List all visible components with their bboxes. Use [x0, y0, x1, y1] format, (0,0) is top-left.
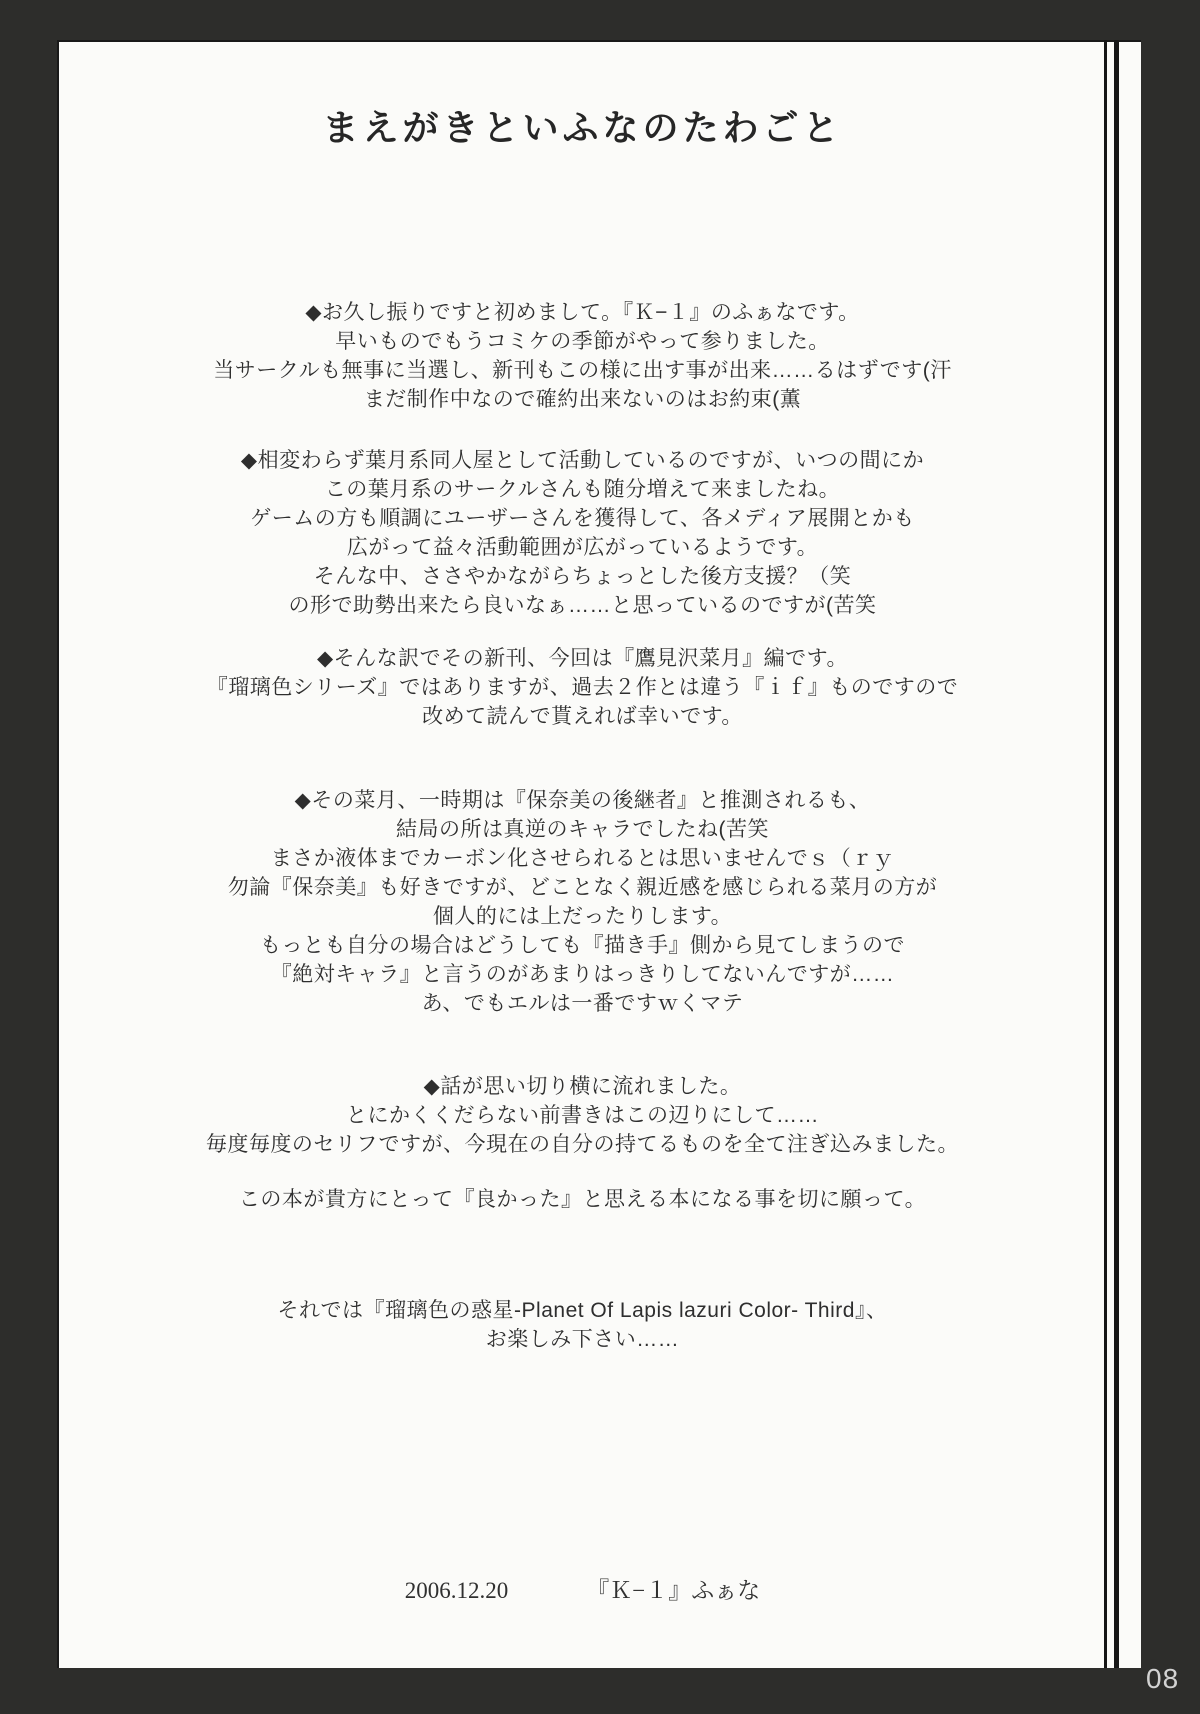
body-line: ◆相変わらず葉月系同人屋として活動しているのですが、いつの間にか [59, 446, 1106, 475]
body-line: 個人的には上だったりします。 [59, 902, 1106, 931]
paragraph-circle-activity: ◆相変わらず葉月系同人屋として活動しているのですが、いつの間にか この葉月系のサ… [59, 446, 1106, 620]
body-line: 勿論『保奈美』も好きですが、どことなく親近感を感じられる菜月の方が [59, 873, 1106, 902]
body-line: あ、でもエルは一番ですｗくマテ [59, 989, 1106, 1018]
page-edge-line [1104, 40, 1107, 1668]
circle-credit: 『Ｋ−１』ふぁな [586, 1576, 760, 1605]
body-line: ゲームの方も順調にユーザーさんを獲得して、各メディア展開とかも [59, 504, 1106, 533]
body-line: 当サークルも無事に当選し、新刊もこの様に出す事が出来……るはずです(汗 [59, 356, 1106, 385]
body-line: そんな中、ささやかながらちょっとした後方支援？（笑 [59, 562, 1106, 591]
body-line: もっとも自分の場合はどうしても『描き手』側から見てしまうので [59, 931, 1106, 960]
scanned-page: まえがきといふなのたわごと ◆お久し振りですと初めまして。『Ｋ−１』のふぁなです… [0, 0, 1200, 1714]
body-line: お楽しみ下さい…… [59, 1325, 1106, 1354]
body-line: 改めて読んで貰えれば幸いです。 [59, 702, 1106, 731]
paragraph-wish: この本が貴方にとって『良かった』と思える本になる事を切に願って。 [59, 1185, 1106, 1214]
body-line: 早いものでもうコミケの季節がやって参りました。 [59, 327, 1106, 356]
body-line: 広がって益々活動範囲が広がっているようです。 [59, 533, 1106, 562]
paragraph-closing: それでは『瑠璃色の惑星-Planet Of Lapis lazuri Color… [59, 1296, 1106, 1354]
page-edge-line [1114, 40, 1119, 1668]
body-line: 『絶対キャラ』と言うのがあまりはっきりしてないんですが…… [59, 960, 1106, 989]
body-line: ◆そんな訳でその新刊、今回は『鷹見沢菜月』編です。 [59, 644, 1106, 673]
paper: まえがきといふなのたわごと ◆お久し振りですと初めまして。『Ｋ−１』のふぁなです… [57, 40, 1141, 1668]
body-line: 『瑠璃色シリーズ』ではありますが、過去２作とは違う『ｉｆ』ものですので [59, 673, 1106, 702]
paragraph-new-book: ◆そんな訳でその新刊、今回は『鷹見沢菜月』編です。 『瑠璃色シリーズ』ではありま… [59, 644, 1106, 731]
body-line: とにかくくだらない前書きはこの辺りにして…… [59, 1101, 1106, 1130]
body-line: 毎度毎度のセリフですが、今現在の自分の持てるものを全て注ぎ込みました。 [59, 1130, 1106, 1159]
paragraph-greeting: ◆お久し振りですと初めまして。『Ｋ−１』のふぁなです。 早いものでもうコミケの季… [59, 298, 1106, 414]
page-title: まえがきといふなのたわごと [59, 100, 1106, 151]
body-line: ◆話が思い切り横に流れました。 [59, 1072, 1106, 1101]
publish-date: 2006.12.20 [405, 1576, 509, 1605]
body-line: それでは『瑠璃色の惑星-Planet Of Lapis lazuri Color… [59, 1296, 1106, 1325]
body-line: の形で助勢出来たら良いなぁ……と思っているのですが(苦笑 [59, 591, 1106, 620]
body-line: まさか液体までカーボン化させられるとは思いませんでｓ（ｒｙ [59, 844, 1106, 873]
body-line: ◆お久し振りですと初めまして。『Ｋ−１』のふぁなです。 [59, 298, 1106, 327]
body-line: 結局の所は真逆のキャラでしたね(苦笑 [59, 815, 1106, 844]
paragraph-character-talk: ◆その菜月、一時期は『保奈美の後継者』と推測されるも、 結局の所は真逆のキャラで… [59, 786, 1106, 1018]
body-line: ◆その菜月、一時期は『保奈美の後継者』と推測されるも、 [59, 786, 1106, 815]
body-line: この葉月系のサークルさんも随分増えて来ましたね。 [59, 475, 1106, 504]
body-line: この本が貴方にとって『良かった』と思える本になる事を切に願って。 [59, 1185, 1106, 1214]
body-line: まだ制作中なので確約出来ないのはお約束(薫 [59, 385, 1106, 414]
footer: 2006.12.20 『Ｋ−１』ふぁな [59, 1576, 1106, 1605]
page-number: 08 [1146, 1663, 1179, 1695]
paragraph-wrap-up: ◆話が思い切り横に流れました。 とにかくくだらない前書きはこの辺りにして…… 毎… [59, 1072, 1106, 1159]
